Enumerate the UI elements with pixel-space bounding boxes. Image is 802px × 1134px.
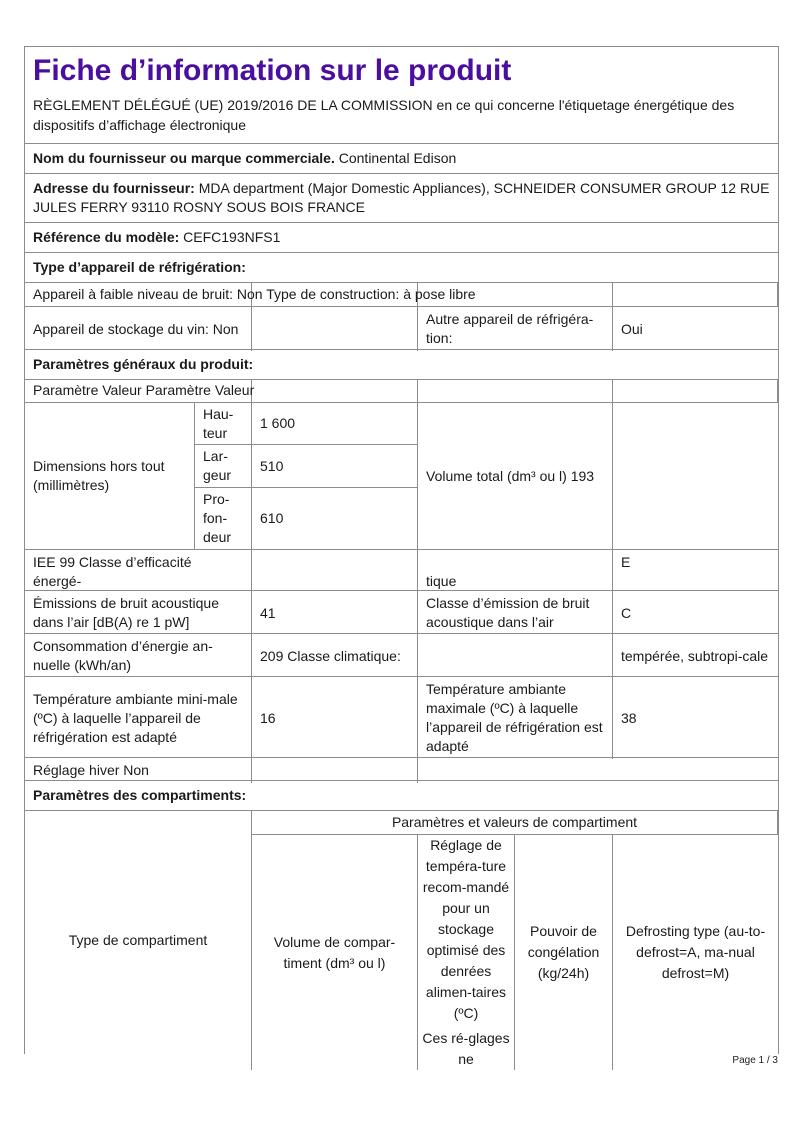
wine-storage-label: Appareil de stockage du vin: Non: [25, 307, 252, 351]
noise-class-value: C: [613, 591, 778, 635]
max-temp-value: 38: [613, 677, 778, 759]
supplier-row: Nom du fournisseur ou marque commerciale…: [25, 144, 778, 174]
cell: [418, 380, 613, 402]
energy-label: Consommation d’énergie an-nuelle (kWh/an…: [25, 634, 252, 678]
cell: [252, 380, 418, 402]
other-appliance-label: Autre appareil de réfrigéra-tion:: [418, 307, 613, 351]
model-value: CEFC193NFS1: [179, 229, 280, 245]
cell: [418, 758, 778, 783]
noise-value: 41: [252, 591, 418, 635]
max-temp-label: Température ambiante maximale (ºC) à laq…: [418, 677, 613, 759]
other-appliance-value: Oui: [613, 307, 778, 351]
cell: [252, 758, 418, 783]
regulation-subtitle: RÈGLEMENT DÉLÉGUÉ (UE) 2019/2016 DE LA C…: [25, 93, 778, 143]
column-temperature: Réglage de tempéra-ture recom-mandé pour…: [418, 835, 515, 1070]
total-volume: Volume total (dm³ ou l) 193: [418, 403, 613, 549]
noise-row: Émissions de bruit acoustique dans l’air…: [25, 591, 778, 634]
winter-setting: Réglage hiver Non: [25, 758, 252, 783]
column-defrosting-type: Defrosting type (au-to-defrost=A, ma-nua…: [613, 835, 778, 1070]
column-temperature-label: Réglage de tempéra-ture recom-mandé pour…: [422, 835, 510, 1024]
cell: [418, 634, 613, 678]
product-information-sheet: Fiche d’information sur le produit RÈGLE…: [24, 46, 779, 1054]
param-header-text: Paramètre Valeur Paramètre Valeur: [33, 381, 254, 400]
wine-storage-row: Appareil de stockage du vin: Non Autre a…: [25, 307, 778, 350]
address-label: Adresse du fournisseur:: [33, 180, 195, 196]
cell: [613, 283, 778, 306]
energy-value: 209 Classe climatique:: [252, 634, 418, 678]
cell: [252, 550, 418, 594]
height-label: Hau-teur: [195, 403, 251, 445]
page-number: Page 1 / 3: [732, 1055, 778, 1066]
column-freezing-capacity: Pouvoir de congélation (kg/24h): [515, 835, 613, 1070]
address-row: Adresse du fournisseur: MDA department (…: [25, 174, 778, 223]
compartments-table: Type de compartiment Paramètres et valeu…: [25, 811, 778, 1054]
energy-class-value: E: [613, 550, 778, 594]
energy-row: Consommation d’énergie an-nuelle (kWh/an…: [25, 634, 778, 677]
depth-value: 610: [252, 488, 417, 549]
low-noise-row: Appareil à faible niveau de bruit: Non T…: [25, 283, 778, 307]
min-temp-label: Température ambiante mini-male (ºC) à la…: [25, 677, 252, 759]
cell: [613, 403, 778, 549]
width-label: Lar-geur: [195, 445, 251, 488]
compartment-type-label: Type de compartiment: [25, 811, 252, 1070]
supplier-value: Continental Edison: [335, 150, 456, 166]
column-volume: Volume de compar-timent (dm³ ou l): [252, 835, 418, 1070]
low-noise-text: Appareil à faible niveau de bruit: Non T…: [33, 285, 476, 304]
iee-row: IEE 99 Classe d’efficacité énergé- tique…: [25, 550, 778, 591]
page-title: Fiche d’information sur le produit: [25, 47, 778, 93]
temperature-row: Température ambiante mini-male (ºC) à la…: [25, 677, 778, 758]
model-row: Référence du modèle: CEFC193NFS1: [25, 223, 778, 253]
appliance-type-heading: Type d’appareil de réfrigération:: [25, 253, 778, 283]
param-header-row: Paramètre Valeur Paramètre Valeur: [25, 380, 778, 403]
compartments-heading: Paramètres des compartiments:: [25, 781, 778, 811]
settings-note: Ces ré-glages ne: [422, 1028, 510, 1070]
dimension-values: 1 600 510 610: [252, 403, 418, 549]
supplier-label: Nom du fournisseur ou marque commerciale…: [33, 150, 335, 166]
noise-label: Émissions de bruit acoustique dans l’air…: [25, 591, 252, 635]
dimension-names: Hau-teur Lar-geur Pro-fon-deur: [195, 403, 252, 549]
height-value: 1 600: [252, 403, 417, 445]
climate-class-value: tempérée, subtropi-cale: [613, 634, 778, 678]
width-value: 510: [252, 445, 417, 488]
iee-label-continuation: tique: [418, 550, 613, 594]
dimensions-row: Dimensions hors tout (millimètres) Hau-t…: [25, 403, 778, 550]
noise-class-label: Classe d’émission de bruit acoustique da…: [418, 591, 613, 635]
cell: [252, 307, 418, 351]
min-temp-value: 16: [252, 677, 418, 759]
compartment-group-header: Paramètres et valeurs de compartiment: [252, 811, 778, 835]
cell: [613, 380, 778, 402]
dimensions-label: Dimensions hors tout (millimètres): [25, 403, 195, 549]
general-params-heading: Paramètres généraux du produit:: [25, 350, 778, 380]
winter-row: Réglage hiver Non: [25, 758, 778, 781]
model-label: Référence du modèle:: [33, 229, 179, 245]
header-block: Fiche d’information sur le produit RÈGLE…: [25, 47, 778, 144]
depth-label: Pro-fon-deur: [195, 488, 251, 549]
iee-label: IEE 99 Classe d’efficacité énergé-: [25, 550, 252, 594]
